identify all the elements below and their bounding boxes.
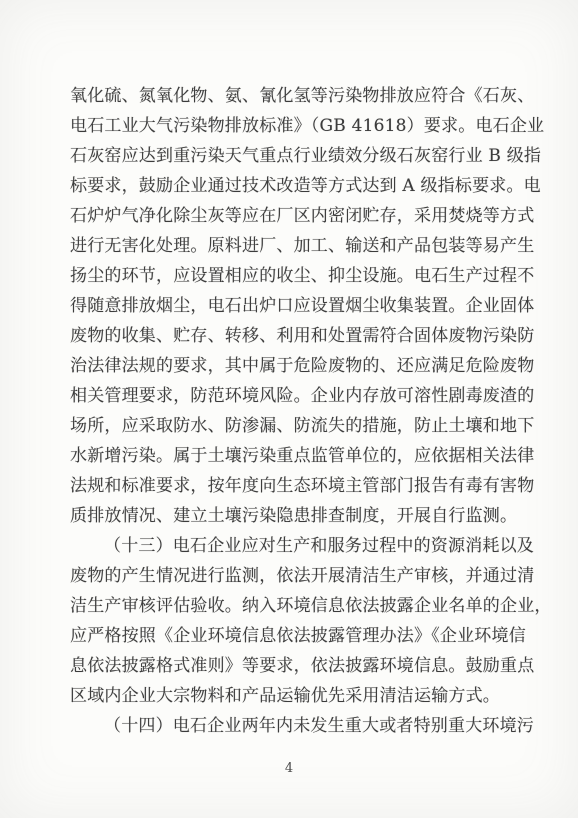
text-line-paragraph-start: （十四）电石企业两年内未发生重大或者特别重大环境污 bbox=[70, 711, 510, 741]
text-line-paragraph-end: 质排放情况、建立土壤污染隐患排查制度，开展自行监测。 bbox=[70, 501, 510, 531]
text-line: 石灰窑应达到重污染天气重点行业绩效分级石灰窑行业 B 级指 bbox=[70, 141, 510, 171]
text-line: 场所，应采取防水、防渗漏、防流失的措施，防止土壤和地下 bbox=[70, 411, 510, 441]
body-text: 氧化硫、氮氧化物、氨、氰化氢等污染物排放应符合《石灰、 电石工业大气污染物排放标… bbox=[70, 81, 510, 741]
text-line: 得随意排放烟尘，电石出炉口应设置烟尘收集装置。企业固体 bbox=[70, 291, 510, 321]
text-line-paragraph-start: （十三）电石企业应对生产和服务过程中的资源消耗以及 bbox=[70, 531, 510, 561]
text-line: 法规和标准要求，按年度向生态环境主管部门报告有毒有害物 bbox=[70, 471, 510, 501]
text-line: 进行无害化处理。原料进厂、加工、输送和产品包装等易产生 bbox=[70, 231, 510, 261]
text-line: 氧化硫、氮氧化物、氨、氰化氢等污染物排放应符合《石灰、 bbox=[70, 81, 510, 111]
text-line: 电石工业大气污染物排放标准》（GB 41618）要求。电石企业 bbox=[70, 111, 510, 141]
text-line: 洁生产审核评估验收。纳入环境信息依法披露企业名单的企业， bbox=[70, 591, 510, 621]
text-line: 水新增污染。属于土壤污染重点监管单位的，应依据相关法律 bbox=[70, 441, 510, 471]
text-line: 扬尘的环节，应设置相应的收尘、抑尘设施。电石生产过程不 bbox=[70, 261, 510, 291]
text-line: 治法律法规的要求，其中属于危险废物的、还应满足危险废物 bbox=[70, 351, 510, 381]
page-number: 4 bbox=[0, 761, 578, 776]
text-line: 应严格按照《企业环境信息依法披露管理办法》《企业环境信 bbox=[70, 621, 510, 651]
text-line: 石炉炉气净化除尘灰等应在厂区内密闭贮存，采用焚烧等方式 bbox=[70, 201, 510, 231]
text-line: 相关管理要求，防范环境风险。企业内存放可溶性剧毒废渣的 bbox=[70, 381, 510, 411]
text-line: 标要求，鼓励企业通过技术改造等方式达到 A 级指标要求。电 bbox=[70, 171, 510, 201]
text-line-paragraph-end: 区域内企业大宗物料和产品运输优先采用清洁运输方式。 bbox=[70, 681, 510, 711]
text-line: 废物的产生情况进行监测，依法开展清洁生产审核，并通过清 bbox=[70, 561, 510, 591]
text-line: 息依法披露格式准则》等要求，依法披露环境信息。鼓励重点 bbox=[70, 651, 510, 681]
text-line: 废物的收集、贮存、转移、利用和处置需符合固体废物污染防 bbox=[70, 321, 510, 351]
document-page: 氧化硫、氮氧化物、氨、氰化氢等污染物排放应符合《石灰、 电石工业大气污染物排放标… bbox=[0, 0, 578, 818]
